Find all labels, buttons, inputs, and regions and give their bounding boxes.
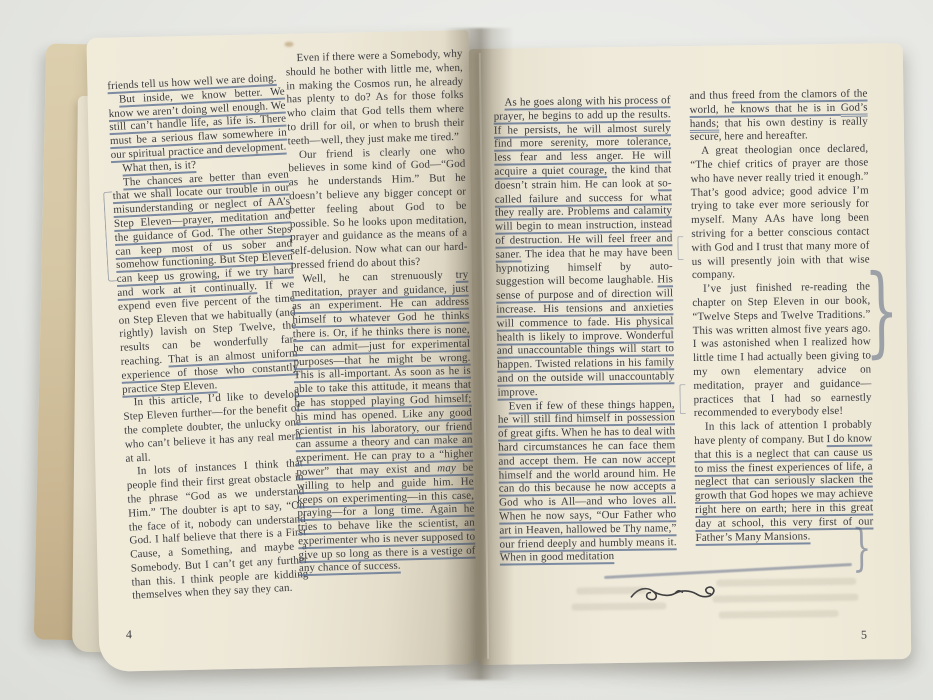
show-through-text [571, 602, 666, 610]
paragraph: Even if there were a Somebody, why shoul… [285, 48, 464, 149]
paragraph: Our friend is clearly one who believes i… [288, 144, 468, 273]
paragraph: In this article, I’d like to develop Ste… [123, 389, 303, 467]
show-through-text [716, 578, 856, 587]
text-segment: I’ve just finished re-reading the chapte… [692, 281, 871, 420]
pen-brace: } [864, 265, 900, 357]
pen-brace: } [852, 523, 872, 571]
text-segment: Even if there were a Somebody, why shoul… [286, 48, 465, 147]
paragraph: In lots of instances I think that people… [126, 457, 310, 603]
text-segment: A great theologian once declared, “The c… [690, 143, 869, 282]
pen-tick [677, 236, 683, 260]
paragraph: But inside, we know better. We know we a… [108, 85, 288, 163]
left-page: friends tell us how well we are doing.Bu… [86, 30, 481, 672]
paragraph: Well, he can strenuously try meditation,… [291, 268, 476, 576]
text-segment: be willing to help and guide him. He kee… [297, 462, 476, 575]
page-number-right: 5 [861, 628, 867, 643]
paragraph: A great theologian once declared, “The c… [690, 143, 870, 283]
page-number-left: 4 [126, 627, 132, 642]
pen-underline-stroke [604, 563, 852, 579]
text-segment: Our friend is clearly one who believes i… [288, 144, 467, 271]
pen-tick [679, 384, 685, 414]
paper-stain [285, 42, 294, 47]
left-page-column-1: friends tell us how well we are doing.Bu… [107, 72, 309, 604]
text-segment: His sense of purpose and of direction wi… [496, 274, 674, 399]
paragraph: In this lack of attention I probably hav… [694, 419, 874, 546]
page-inner-edge [479, 53, 489, 659]
show-through-text [719, 610, 839, 619]
show-through-text [576, 587, 646, 595]
text-segment: Even if few of these things happen, he w… [498, 398, 677, 564]
text-segment: I do know that this is a neglect that ca… [694, 432, 873, 543]
paragraph: The chances are better than even that we… [112, 168, 300, 397]
book-photo: cbcvrtvclifeotsadn friends tell us how w… [0, 0, 933, 700]
text-segment: What then, is it? [122, 159, 196, 175]
paragraph: As he goes along with his process of pra… [493, 94, 674, 400]
text-segment: and thus [689, 89, 731, 102]
text-segment: may [437, 462, 456, 474]
text-segment: But inside, we know better. We know we a… [108, 85, 287, 161]
text-segment: try meditation, prayer and guidance, jus… [292, 268, 474, 478]
right-page-column-1: As he goes along with his process of pra… [493, 94, 677, 566]
paragraph: and thus freed from the clamors of the w… [689, 87, 868, 145]
show-through-text [712, 594, 858, 603]
right-page-column-2: and thus freed from the clamors of the w… [689, 87, 873, 545]
text-segment: In this article, I’d like to develop Ste… [123, 389, 302, 465]
text-segment: The idea that he may have been hypnotizi… [496, 246, 673, 288]
paragraph: I’ve just finished re-reading the chapte… [692, 281, 872, 421]
paragraph: Even if few of these things happen, he w… [498, 398, 677, 566]
left-page-column-2: Even if there were a Somebody, why shoul… [285, 48, 476, 577]
text-segment: In lots of instances I think that people… [127, 457, 309, 602]
right-page: As he goes along with his process of pra… [469, 43, 912, 665]
